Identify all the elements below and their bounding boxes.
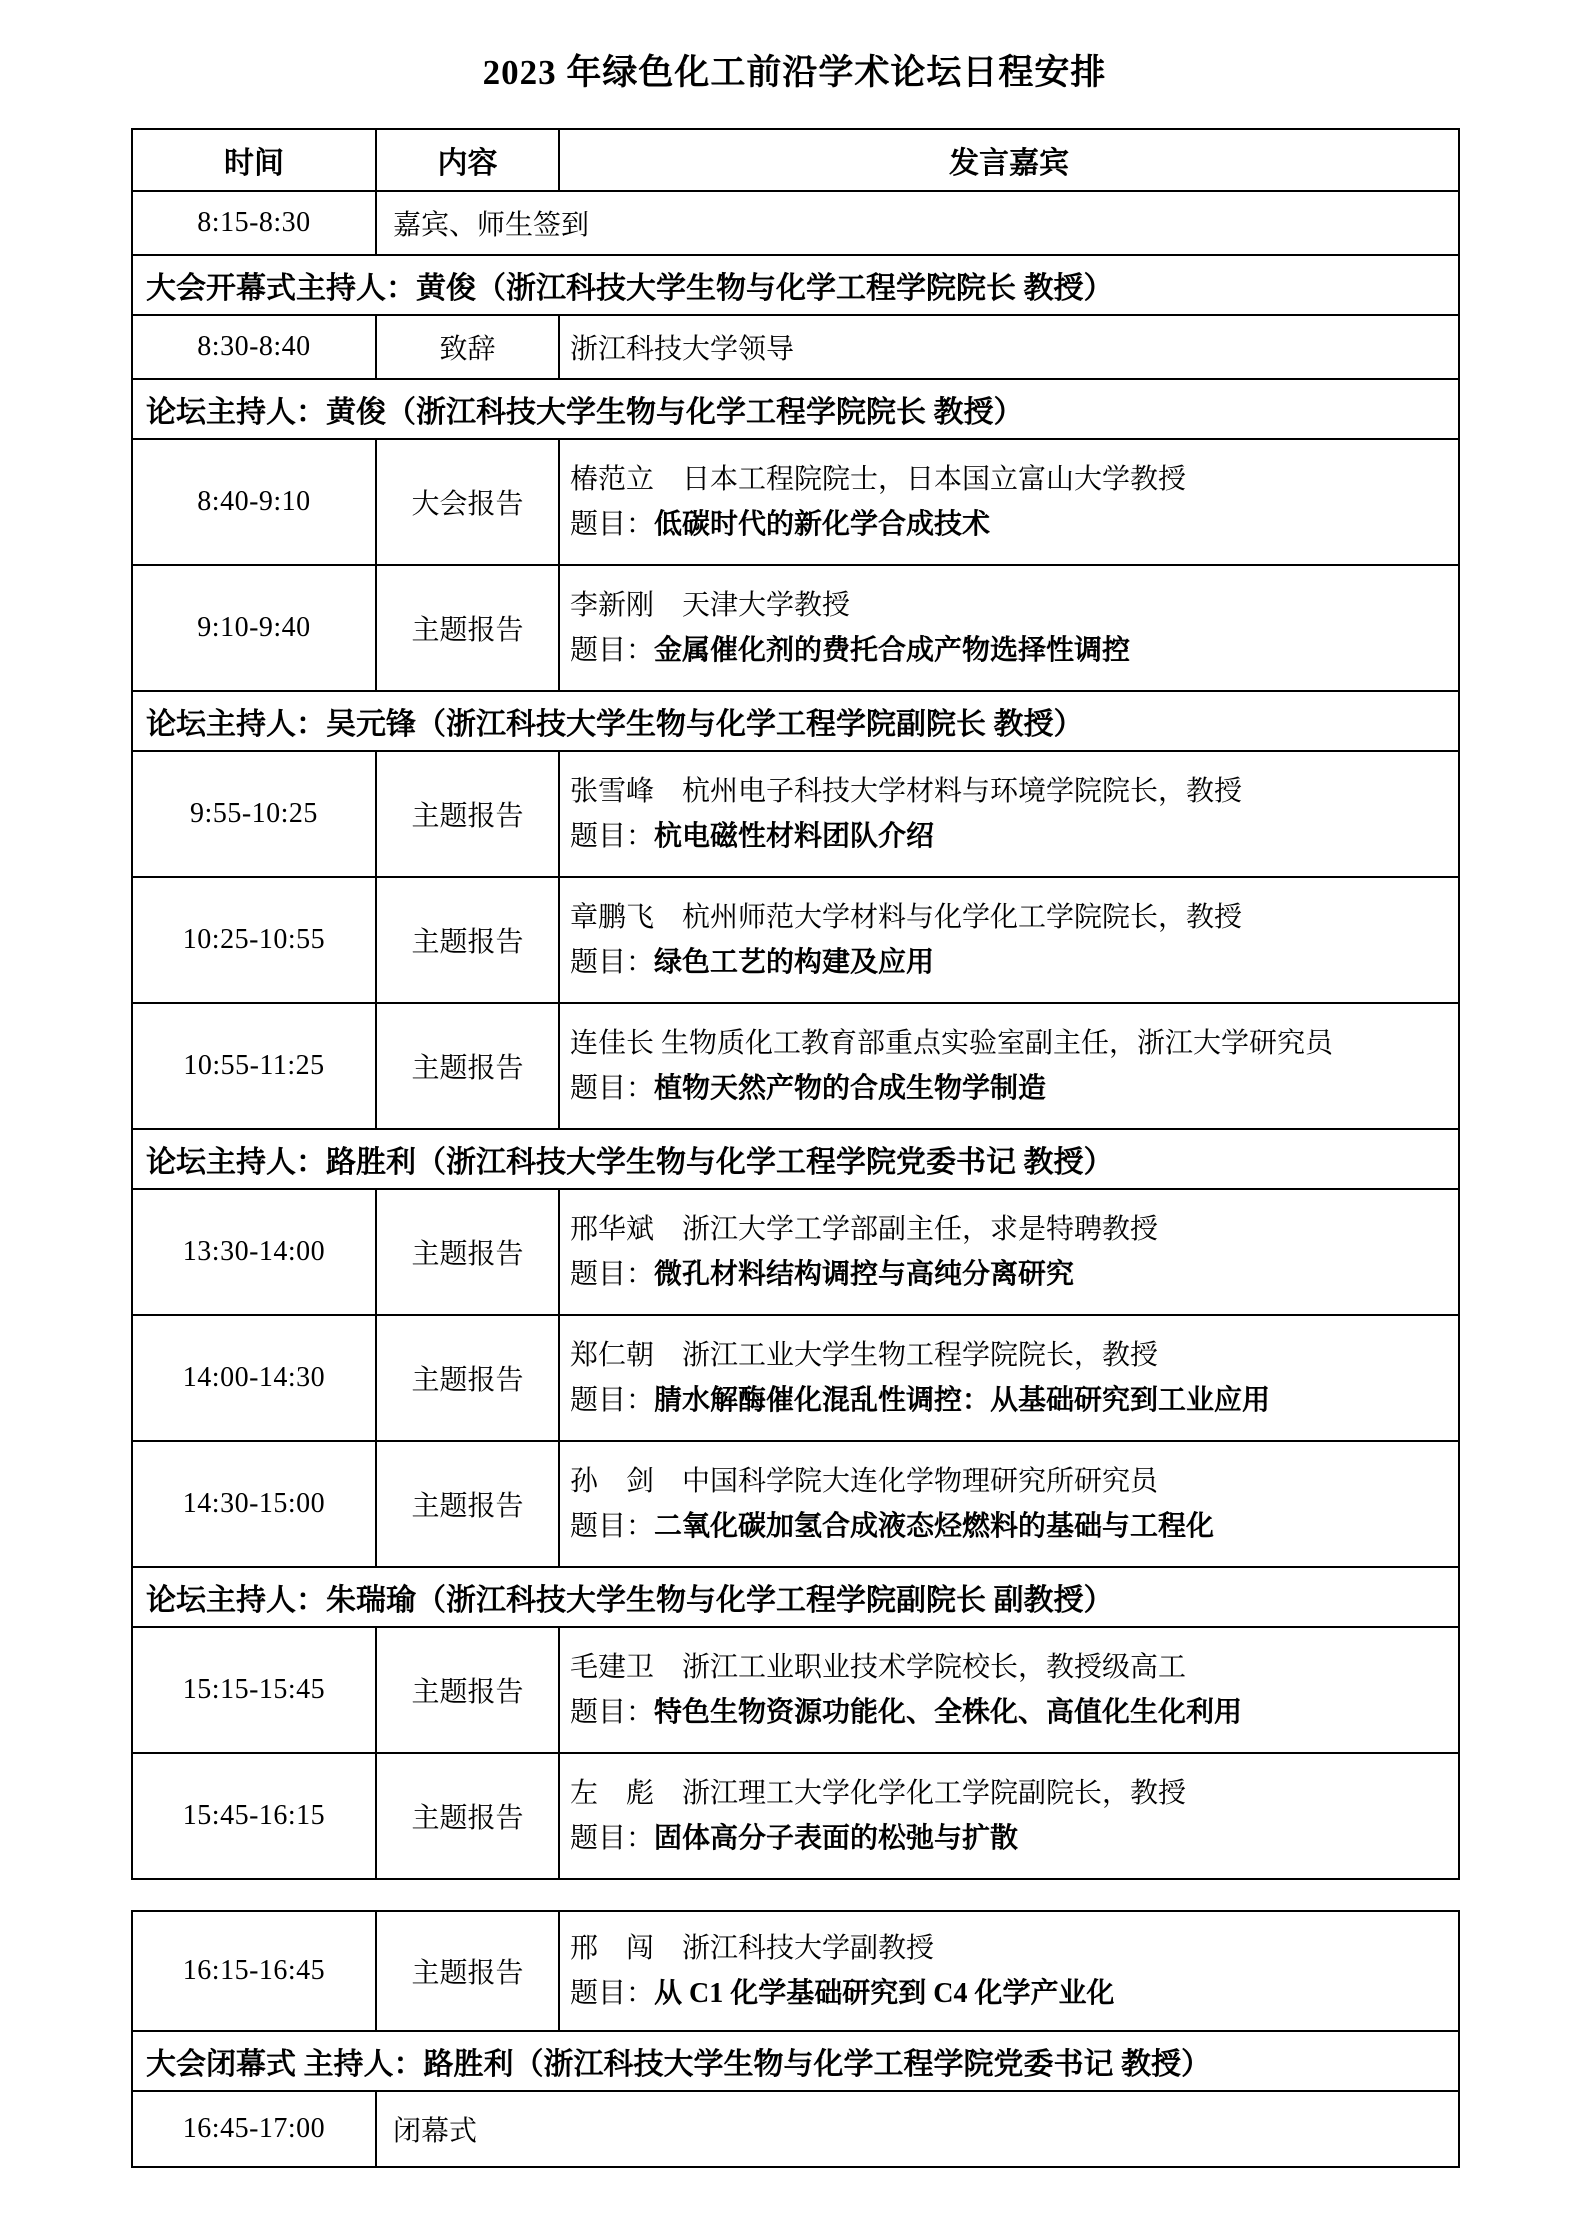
table-row-talk: 15:15-15:45 主题报告 毛建卫 浙江工业职业技术学院校长，教授级高工 … [132,1627,1459,1753]
speaker-cell: 李新刚 天津大学教授 题目：金属催化剂的费托合成产物选择性调控 [559,565,1459,691]
table-row-talk: 13:30-14:00 主题报告 邢华斌 浙江大学工学部副主任，求是特聘教授 题… [132,1189,1459,1315]
activity-cell: 嘉宾、师生签到 [376,191,1459,255]
header-row: 时间 内容 发言嘉宾 [132,129,1459,191]
content-cell: 主题报告 [376,1003,559,1129]
time-cell: 8:40-9:10 [132,439,376,565]
schedule-table-continued: 16:15-16:45 主题报告 邢 闯 浙江科技大学副教授 题目：从 C1 化… [131,1910,1460,2168]
talk-title: 植物天然产物的合成生物学制造 [654,1073,1046,1104]
speaker-name-line: 椿范立 日本工程院院士，日本国立富山大学教授 [570,463,1448,497]
talk-title-line: 题目：植物天然产物的合成生物学制造 [570,1072,1448,1106]
talk-title: 绿色工艺的构建及应用 [654,947,934,978]
speaker-cell: 孙 剑 中国科学院大连化学物理研究所研究员 题目：二氧化碳加氢合成液态烃燃料的基… [559,1441,1459,1567]
content-cell: 致辞 [376,315,559,379]
host-row: 大会开幕式主持人：黄俊（浙江科技大学生物与化学工程学院院长 教授） [132,255,1459,315]
schedule-table-main: 时间 内容 发言嘉宾 8:15-8:30 嘉宾、师生签到 大会开幕式主持人：黄俊… [131,128,1460,1880]
talk-title: 腈水解酶催化混乱性调控：从基础研究到工业应用 [654,1385,1270,1416]
speaker-name-line: 孙 剑 中国科学院大连化学物理研究所研究员 [570,1465,1448,1499]
content-cell: 主题报告 [376,565,559,691]
time-cell: 15:15-15:45 [132,1627,376,1753]
document-page: 2023 年绿色化工前沿学术论坛日程安排 时间 内容 发言嘉宾 8:15-8:3… [0,0,1587,2227]
talk-title-line: 题目：绿色工艺的构建及应用 [570,946,1448,980]
speaker-cell: 邢华斌 浙江大学工学部副主任，求是特聘教授 题目：微孔材料结构调控与高纯分离研究 [559,1189,1459,1315]
speaker-name-line: 左 彪 浙江理工大学化学化工学院副院长，教授 [570,1777,1448,1811]
content-cell: 主题报告 [376,1911,559,2031]
title-label: 题目： [570,1697,654,1728]
speaker-name-line: 张雪峰 杭州电子科技大学材料与环境学院院长，教授 [570,775,1448,809]
speaker-cell: 左 彪 浙江理工大学化学化工学院副院长，教授 题目：固体高分子表面的松弛与扩散 [559,1753,1459,1879]
talk-title: 二氧化碳加氢合成液态烃燃料的基础与工程化 [654,1511,1214,1542]
talk-title: 杭电磁性材料团队介绍 [654,821,934,852]
host-row: 论坛主持人：朱瑞瑜（浙江科技大学生物与化学工程学院副院长 副教授） [132,1567,1459,1627]
time-cell: 14:30-15:00 [132,1441,376,1567]
content-cell: 主题报告 [376,751,559,877]
title-label: 题目： [570,1823,654,1854]
time-cell: 10:55-11:25 [132,1003,376,1129]
time-cell: 9:55-10:25 [132,751,376,877]
content-cell: 主题报告 [376,1627,559,1753]
talk-title: 微孔材料结构调控与高纯分离研究 [654,1259,1074,1290]
speaker-name-line: 章鹏飞 杭州师范大学材料与化学化工学院院长，教授 [570,901,1448,935]
talk-title-line: 题目：二氧化碳加氢合成液态烃燃料的基础与工程化 [570,1510,1448,1544]
talk-title: 从 C1 化学基础研究到 C4 化学产业化 [654,1978,1114,2009]
talk-title-line: 题目：金属催化剂的费托合成产物选择性调控 [570,634,1448,668]
time-cell: 15:45-16:15 [132,1753,376,1879]
content-cell: 主题报告 [376,1753,559,1879]
title-label: 题目： [570,947,654,978]
time-cell: 16:15-16:45 [132,1911,376,2031]
talk-title-line: 题目：低碳时代的新化学合成技术 [570,508,1448,542]
talk-title: 金属催化剂的费托合成产物选择性调控 [654,635,1130,666]
content-cell: 大会报告 [376,439,559,565]
talk-title-line: 题目：从 C1 化学基础研究到 C4 化学产业化 [570,1977,1448,2011]
talk-title-line: 题目：腈水解酶催化混乱性调控：从基础研究到工业应用 [570,1384,1448,1418]
time-cell: 10:25-10:55 [132,877,376,1003]
table-row-talk: 8:40-9:10 大会报告 椿范立 日本工程院院士，日本国立富山大学教授 题目… [132,439,1459,565]
speaker-cell: 章鹏飞 杭州师范大学材料与化学化工学院院长，教授 题目：绿色工艺的构建及应用 [559,877,1459,1003]
title-label: 题目： [570,821,654,852]
speaker-cell: 连佳长 生物质化工教育部重点实验室副主任，浙江大学研究员 题目：植物天然产物的合… [559,1003,1459,1129]
speaker-name-line: 连佳长 生物质化工教育部重点实验室副主任，浙江大学研究员 [570,1027,1448,1061]
host-cell: 大会开幕式主持人：黄俊（浙江科技大学生物与化学工程学院院长 教授） [132,255,1459,315]
content-cell: 主题报告 [376,1315,559,1441]
talk-title: 固体高分子表面的松弛与扩散 [654,1823,1018,1854]
col-header-content: 内容 [376,129,559,191]
talk-title-line: 题目：固体高分子表面的松弛与扩散 [570,1822,1448,1856]
host-cell: 论坛主持人：路胜利（浙江科技大学生物与化学工程学院党委书记 教授） [132,1129,1459,1189]
col-header-speaker: 发言嘉宾 [559,129,1459,191]
speaker-name-line: 毛建卫 浙江工业职业技术学院校长，教授级高工 [570,1651,1448,1685]
host-row: 论坛主持人：黄俊（浙江科技大学生物与化学工程学院院长 教授） [132,379,1459,439]
table-row-signin: 8:15-8:30 嘉宾、师生签到 [132,191,1459,255]
table-row-talk: 9:10-9:40 主题报告 李新刚 天津大学教授 题目：金属催化剂的费托合成产… [132,565,1459,691]
table-row: 8:30-8:40 致辞 浙江科技大学领导 [132,315,1459,379]
title-label: 题目： [570,635,654,666]
host-row: 论坛主持人：吴元锋（浙江科技大学生物与化学工程学院副院长 教授） [132,691,1459,751]
speaker-name-line: 邢华斌 浙江大学工学部副主任，求是特聘教授 [570,1213,1448,1247]
talk-title-line: 题目：杭电磁性材料团队介绍 [570,820,1448,854]
title-label: 题目： [570,1978,654,2009]
time-cell: 8:15-8:30 [132,191,376,255]
title-label: 题目： [570,1259,654,1290]
table-row-talk: 15:45-16:15 主题报告 左 彪 浙江理工大学化学化工学院副院长，教授 … [132,1753,1459,1879]
table-row-talk: 14:30-15:00 主题报告 孙 剑 中国科学院大连化学物理研究所研究员 题… [132,1441,1459,1567]
speaker-name-line: 李新刚 天津大学教授 [570,589,1448,623]
talk-title-line: 题目：特色生物资源功能化、全株化、高值化生化利用 [570,1696,1448,1730]
speaker-cell: 毛建卫 浙江工业职业技术学院校长，教授级高工 题目：特色生物资源功能化、全株化、… [559,1627,1459,1753]
host-cell: 大会闭幕式 主持人：路胜利（浙江科技大学生物与化学工程学院党委书记 教授） [132,2031,1459,2091]
speaker-name-line: 郑仁朝 浙江工业大学生物工程学院院长，教授 [570,1339,1448,1373]
speaker-cell: 邢 闯 浙江科技大学副教授 题目：从 C1 化学基础研究到 C4 化学产业化 [559,1911,1459,2031]
talk-title: 特色生物资源功能化、全株化、高值化生化利用 [654,1697,1242,1728]
time-cell: 13:30-14:00 [132,1189,376,1315]
time-cell: 14:00-14:30 [132,1315,376,1441]
activity-cell: 闭幕式 [376,2091,1459,2167]
content-cell: 主题报告 [376,1441,559,1567]
page-title: 2023 年绿色化工前沿学术论坛日程安排 [131,0,1458,94]
speaker-name-line: 邢 闯 浙江科技大学副教授 [570,1932,1448,1966]
table-row-talk: 10:25-10:55 主题报告 章鹏飞 杭州师范大学材料与化学化工学院院长，教… [132,877,1459,1003]
col-header-time: 时间 [132,129,376,191]
time-cell: 8:30-8:40 [132,315,376,379]
table-row-talk: 14:00-14:30 主题报告 郑仁朝 浙江工业大学生物工程学院院长，教授 题… [132,1315,1459,1441]
host-row-closing: 大会闭幕式 主持人：路胜利（浙江科技大学生物与化学工程学院党委书记 教授） [132,2031,1459,2091]
title-label: 题目： [570,1511,654,1542]
host-row: 论坛主持人：路胜利（浙江科技大学生物与化学工程学院党委书记 教授） [132,1129,1459,1189]
talk-title-line: 题目：微孔材料结构调控与高纯分离研究 [570,1258,1448,1292]
title-label: 题目： [570,1385,654,1416]
title-label: 题目： [570,509,654,540]
speaker-cell: 浙江科技大学领导 [559,315,1459,379]
talk-title: 低碳时代的新化学合成技术 [654,509,990,540]
speaker-cell: 张雪峰 杭州电子科技大学材料与环境学院院长，教授 题目：杭电磁性材料团队介绍 [559,751,1459,877]
table-row-talk: 16:15-16:45 主题报告 邢 闯 浙江科技大学副教授 题目：从 C1 化… [132,1911,1459,2031]
host-cell: 论坛主持人：黄俊（浙江科技大学生物与化学工程学院院长 教授） [132,379,1459,439]
table-row-closing: 16:45-17:00 闭幕式 [132,2091,1459,2167]
speaker-cell: 椿范立 日本工程院院士，日本国立富山大学教授 题目：低碳时代的新化学合成技术 [559,439,1459,565]
time-cell: 16:45-17:00 [132,2091,376,2167]
table-row-talk: 10:55-11:25 主题报告 连佳长 生物质化工教育部重点实验室副主任，浙江… [132,1003,1459,1129]
title-label: 题目： [570,1073,654,1104]
host-cell: 论坛主持人：朱瑞瑜（浙江科技大学生物与化学工程学院副院长 副教授） [132,1567,1459,1627]
time-cell: 9:10-9:40 [132,565,376,691]
speaker-cell: 郑仁朝 浙江工业大学生物工程学院院长，教授 题目：腈水解酶催化混乱性调控：从基础… [559,1315,1459,1441]
content-cell: 主题报告 [376,877,559,1003]
host-cell: 论坛主持人：吴元锋（浙江科技大学生物与化学工程学院副院长 教授） [132,691,1459,751]
content-cell: 主题报告 [376,1189,559,1315]
table-row-talk: 9:55-10:25 主题报告 张雪峰 杭州电子科技大学材料与环境学院院长，教授… [132,751,1459,877]
